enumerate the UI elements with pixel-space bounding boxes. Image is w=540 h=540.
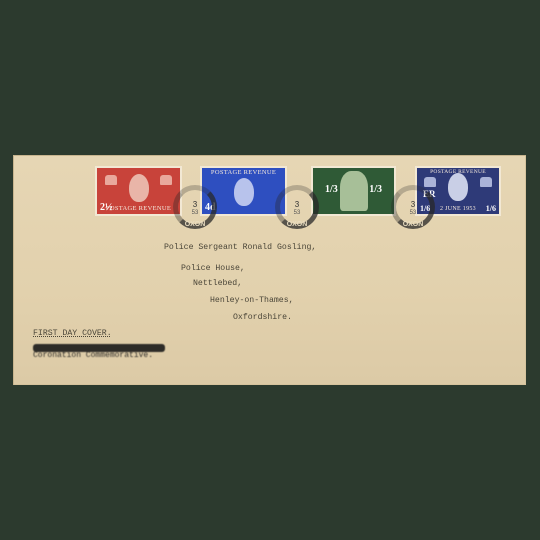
stamp-value: 1/3 <box>325 184 338 195</box>
postmark-day: 3 <box>295 200 299 209</box>
crown-icon <box>105 175 117 185</box>
stamp-value: 2½ <box>100 202 113 213</box>
envelope: POSTAGE REVENUE 2½ POSTAGE REVENUE 4d 1/… <box>13 155 526 385</box>
stamp-1s3d: 1/3 1/3 <box>311 166 396 216</box>
postmark-year: 53 <box>192 210 199 216</box>
postmark-town: OXON <box>403 221 424 228</box>
postmark-year: 53 <box>294 210 301 216</box>
struck-out-text: Coronation Commemorative. <box>33 344 165 352</box>
stamp-2-half-d: POSTAGE REVENUE 2½ <box>95 166 182 216</box>
postmark: 3 53 OXON <box>275 185 319 229</box>
stamp-caption: POSTAGE REVENUE <box>202 169 285 176</box>
struck-out-text-content: Coronation Commemorative. <box>33 351 153 360</box>
crown-icon <box>160 175 172 185</box>
postmark-day: 3 <box>193 200 197 209</box>
stamp-value-right: 1/6 <box>486 204 496 213</box>
stamp-value-right: 1/3 <box>369 184 382 195</box>
postmark-town: OXON <box>185 221 206 228</box>
postmark-town: OXON <box>287 221 308 228</box>
queen-portrait <box>448 173 468 201</box>
postmark: 3 53 OXON <box>173 185 217 229</box>
crown-icon <box>480 177 492 187</box>
queen-portrait <box>340 171 368 211</box>
address-line-county: Oxfordshire. <box>233 313 292 322</box>
first-day-cover-label: FIRST DAY COVER. <box>33 329 112 338</box>
queen-portrait <box>234 178 254 206</box>
address-line-house: Police House, <box>181 264 245 273</box>
postmark-day: 3 <box>411 200 415 209</box>
postmark: 3 53 OXON <box>391 185 435 229</box>
address-line-town: Henley-on-Thames, <box>210 296 294 305</box>
crown-icon <box>424 177 436 187</box>
queen-portrait <box>129 174 149 202</box>
address-line-village: Nettlebed, <box>193 279 242 288</box>
postmark-year: 53 <box>410 210 417 216</box>
address-line-name: Police Sergeant Ronald Gosling, <box>164 243 316 252</box>
